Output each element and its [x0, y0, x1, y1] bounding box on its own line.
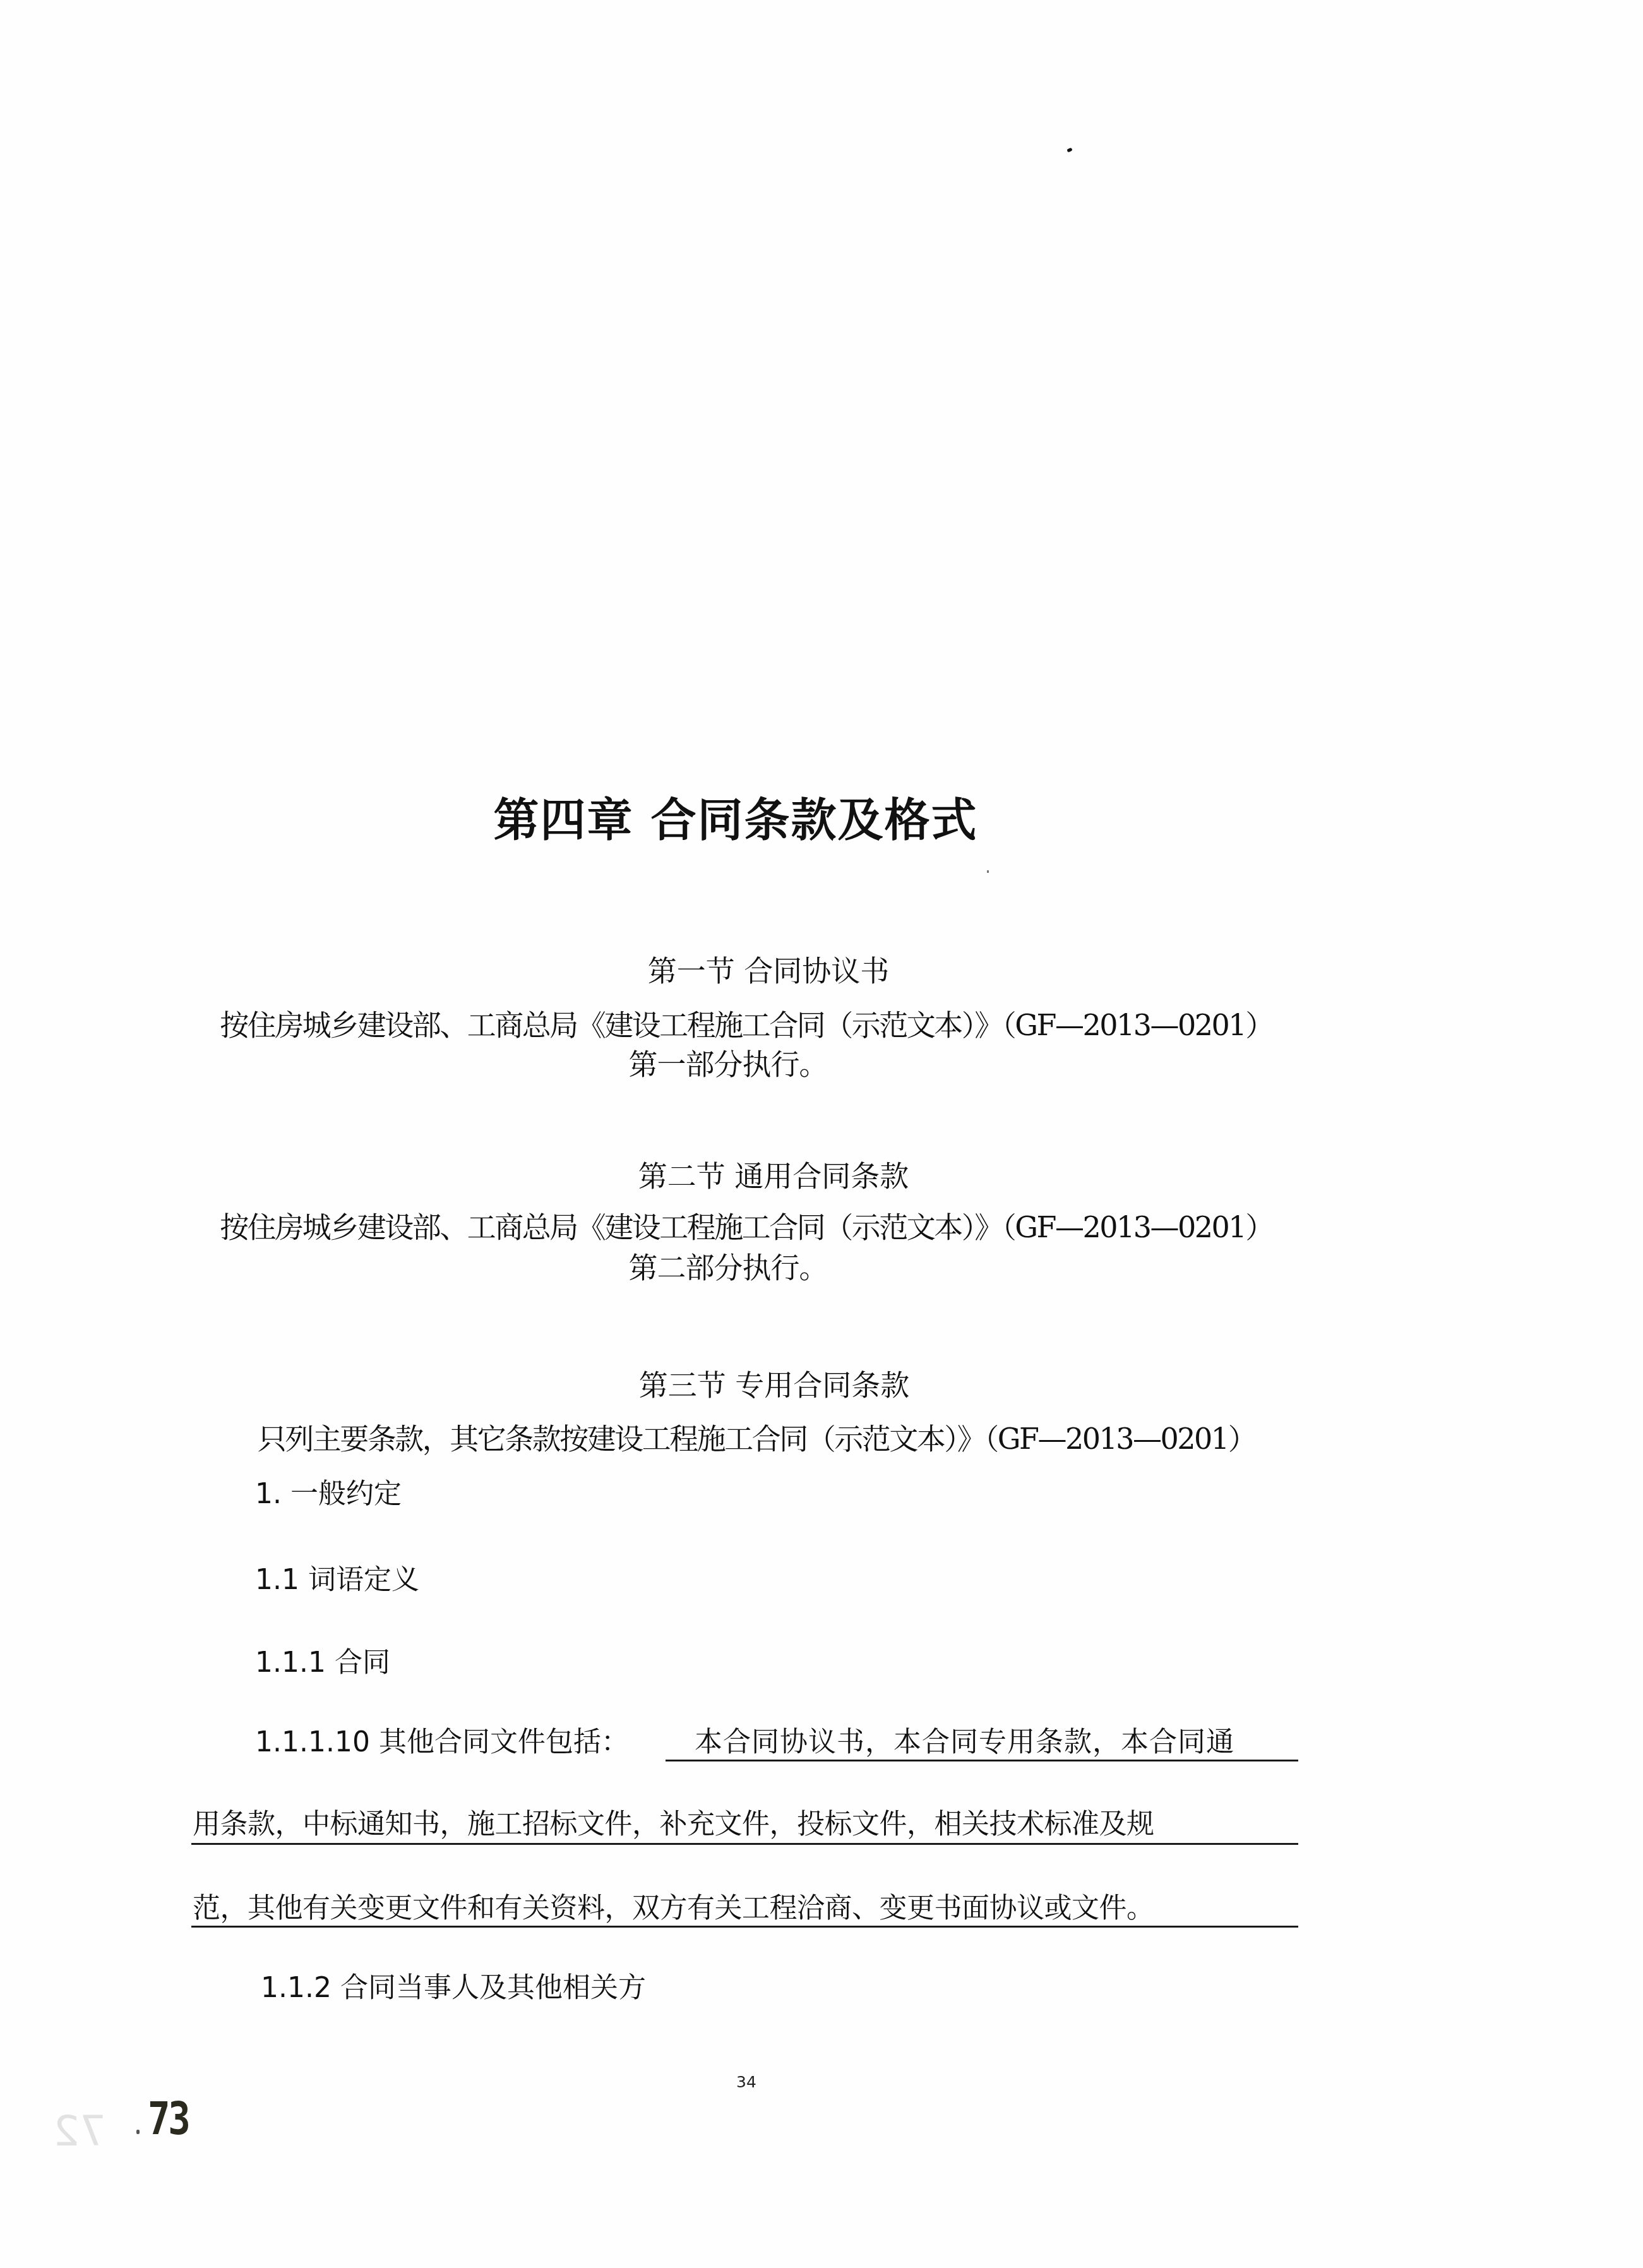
bleed-through-number: 72 — [53, 2111, 106, 2152]
section-2-line-1: 按住房城乡建设部、工商总局《建设工程施工合同（示范文本）》（GF—2013—02… — [0, 1213, 1493, 1242]
clause-other-docs-line-1: 本合同协议书，本合同专用条款，本合同通 — [695, 1729, 1234, 1756]
section-heading-2: 第二节 通用合同条款 — [0, 1161, 1547, 1191]
scan-speck — [987, 870, 989, 873]
page-number: 34 — [736, 2074, 756, 2090]
underline-3 — [191, 1926, 1298, 1928]
chapter-title: 第四章 合同条款及格式 — [0, 797, 1471, 843]
stamped-page-number: 73 — [148, 2096, 189, 2141]
document-page: 第四章 合同条款及格式 第一节 合同协议书 按住房城乡建设部、工商总局《建设工程… — [0, 0, 1643, 2268]
clause-parties: 1.1.2 合同当事人及其他相关方 — [261, 1974, 646, 2002]
section-heading-3: 第三节 专用合同条款 — [0, 1371, 1548, 1400]
section-1-line-2: 第一部分执行。 — [0, 1050, 1456, 1079]
section-3-line-1: 只列主要条款，其它条款按建设工程施工合同（示范文本）》（GF—2013—0201… — [0, 1424, 1513, 1453]
underline-2 — [191, 1843, 1298, 1845]
clause-other-docs-label: 1.1.1.10 其他合同文件包括： — [255, 1729, 629, 1756]
clause-other-docs-line-2: 用条款，中标通知书，施工招标文件，补充文件，投标文件，相关技术标准及规 — [193, 1811, 1154, 1839]
section-1-line-1: 按住房城乡建设部、工商总局《建设工程施工合同（示范文本）》（GF—2013—02… — [0, 1011, 1493, 1040]
clause-other-docs-line-3: 范，其他有关变更文件和有关资料，双方有关工程洽商、变更书面协议或文件。 — [193, 1895, 1154, 1923]
underline-1 — [666, 1760, 1298, 1761]
clause-contract: 1.1.1 合同 — [255, 1649, 390, 1677]
stamp-dot — [136, 2130, 140, 2134]
scan-speck — [1066, 148, 1072, 153]
clause-general: 1. 一般约定 — [255, 1480, 402, 1508]
section-2-line-2: 第二部分执行。 — [0, 1253, 1456, 1282]
section-heading-1: 第一节 合同协议书 — [0, 956, 1537, 985]
clause-definitions: 1.1 词语定义 — [255, 1566, 419, 1594]
